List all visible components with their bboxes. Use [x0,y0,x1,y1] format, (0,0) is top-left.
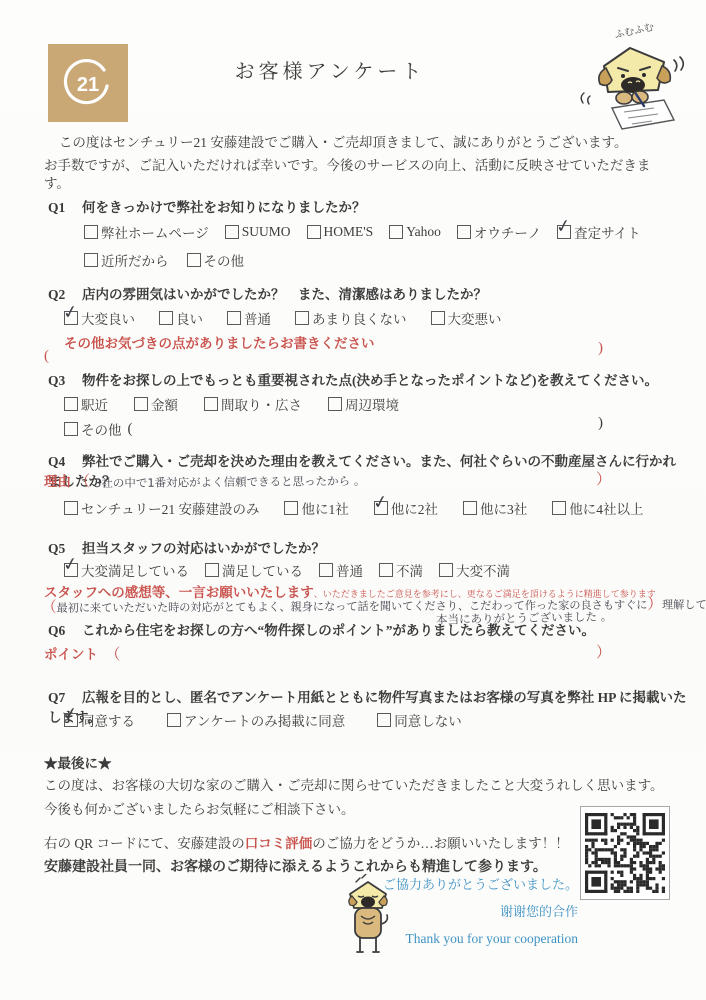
q2-options: 大変良い 良い 普通 あまり良くない 大変悪い [64,308,502,328]
q1-option-ouchino: オウチーノ [457,222,541,242]
q3-number: Q3 [48,373,82,389]
q1-text: 何をきっかけで弊社をお知りになりましたか？ [82,200,366,215]
q3-options: 駅近 金額 間取り・広さ 周辺環境 [64,394,399,414]
checkbox-icon [431,311,445,325]
checkbox-icon [204,397,218,411]
qr-request-line: 右の QR コードにて、安藤建設の口コミ評価のご協力をどうか…お願いいたします！… [44,832,569,852]
checkbox-icon [167,713,181,727]
closing-heading: ★最後に★ [44,752,112,772]
checkbox-icon [84,225,98,239]
checkbox-icon [552,501,566,515]
mascot-writing: ふむふむ [578,22,696,130]
qr-line-before: 右の QR コードにて、安藤建設の [44,836,245,851]
q5-option-unsatisfied: 不満 [379,560,423,580]
q4-option-3-other: 他に3社 [463,498,527,518]
checkbox-icon [64,397,78,411]
question-q2: Q2店内の雰囲気はいかがでしたか？ また、清潔感はありましたか？ [48,283,688,303]
qr-code [580,806,670,900]
q7-number: Q7 [48,690,82,706]
checkbox-icon [328,397,342,411]
q5-option-verysatisfied: 大変満足している [64,560,189,580]
q7-option-survey-only: アンケートのみ掲載に同意 [167,710,345,730]
q4-reason-label: 理由 [44,470,71,490]
q4-option-2-other: 他に2社 [374,498,438,518]
q6-number: Q6 [48,623,82,639]
closing-line-1: この度は、お客様の大切な家のご購入・ご売却に関らせていただきましたこと大変うれし… [44,777,674,795]
q5-option-satisfied: 満足している [205,560,303,580]
checkbox-icon [134,397,148,411]
qr-line-after: のご協力をどうか…お願いいたします！！ [312,836,569,851]
q7-option-agree: 同意する [64,710,135,730]
q4-reason-handwriting: 3社の中で1番対応がよく信頼できると思ったから 。 [94,473,365,491]
q2-option-verybad: 大変悪い [431,308,502,328]
checkbox-icon [307,225,321,239]
q4-option-1-other: 他に1社 [284,498,348,518]
q5-option-normal: 普通 [319,560,363,580]
q1-number: Q1 [48,200,82,216]
q6-text: これから住宅をお探しの方へ“物件探しのポイント”がありましたら教えてください。 [82,623,595,638]
intro-line-2: お手数ですが、ご記入いただければ幸いです。今後のサービスの向上、活動に反映させて… [44,157,674,193]
question-q1: Q1何をきっかけで弊社をお知りになりましたか？ [48,196,688,216]
q1-option-homes: HOME'S [307,224,374,240]
q5-text: 担当スタッフの対応はいかがでしたか？ [82,541,325,556]
q1-options-row2: 近所だから その他 [84,250,244,270]
q5-answer-handwriting-2: 理解してもらい、 [662,596,706,612]
q4-paren-close: ） [596,468,611,489]
checkbox-icon [227,311,241,325]
checkbox-icon [64,311,78,325]
q7-options: 同意する アンケートのみ掲載に同意 同意しない [64,710,462,730]
q5-paren-close: ） [647,593,662,614]
page-title: お客様アンケート [0,55,660,84]
mascot-writing-icon [578,34,696,130]
thanks-chinese: 谢谢您的合作 [278,899,578,926]
qr-code-icon [585,813,665,893]
q7-option-disagree: 同意しない [377,710,462,730]
q1-option-satei-site: 査定サイト [557,222,641,242]
checkbox-icon [557,225,571,239]
qr-line-highlight: 口コミ評価 [245,836,313,851]
checkbox-icon [295,311,309,325]
q4-number: Q4 [48,454,82,470]
q1-option-homepage: 弊社ホームページ [84,222,209,242]
q4-options: センチュリー21 安藤建設のみ 他に1社 他に2社 他に3社 他に4社以上 [64,498,643,518]
checkbox-icon [379,563,393,577]
q3-option-price: 金額 [134,394,178,414]
checkbox-icon [84,253,98,267]
q1-option-neighborhood: 近所だから [84,250,169,270]
question-q6: Q6これから住宅をお探しの方へ“物件探しのポイント”がありましたら教えてください… [48,619,688,639]
checkbox-icon [64,563,78,577]
q6-paren-open: （ [105,647,120,663]
checkbox-icon [457,225,471,239]
checkbox-icon [187,253,201,267]
checkbox-icon [377,713,391,727]
q3-paren-close: ) [598,415,603,432]
q6-paren-close: ） [596,641,611,662]
q1-options-row1: 弊社ホームページ SUUMO HOME'S Yahoo オウチーノ 査定サイト [84,222,641,242]
q5-options: 大変満足している 満足している 普通 不満 大変不満 [64,560,510,580]
thanks-block: ご協力ありがとうございました。 谢谢您的合作 Thank you for you… [278,872,578,953]
q3-text: 物件をお探しの上でもっとも重要視された点(決め手となったポイントなど)を教えてく… [82,373,658,388]
checkbox-icon [64,501,78,515]
q4-option-4plus-other: 他に4社以上 [552,498,643,518]
q4-paren-open: （ [75,470,90,491]
checkbox-icon [159,311,173,325]
q2-number: Q2 [48,287,82,303]
q3-option-environment: 周辺環境 [328,394,399,414]
intro-line-1: この度はセンチュリー21 安藤建設でご購入・ご売却頂きまして、誠にありがとうござ… [44,134,674,152]
q2-option-verygood: 大変良い [64,308,135,328]
survey-page: 21 お客様アンケート ふむふむ [0,0,706,1000]
q2-paren-open: ( [44,348,49,365]
q5-paren-open: （ [42,596,57,617]
thanks-japanese: ご協力ありがとうございました。 [278,872,578,899]
q6-point-label: ポイント [44,647,98,662]
q2-option-normal: 普通 [227,308,271,328]
question-q3: Q3物件をお探しの上でもっとも重要視された点(決め手となったポイントなど)を教え… [48,369,688,389]
q1-option-suumo: SUUMO [225,224,291,240]
q4-option-only-ando: センチュリー21 安藤建設のみ [64,498,259,518]
q3-other-row: その他 ( [64,419,133,439]
q3-paren-open: ( [128,421,133,438]
checkbox-icon [205,563,219,577]
checkbox-icon [389,225,403,239]
q2-paren-close: ) [598,340,603,357]
q6-point-row: ポイント （ [44,643,120,664]
checkbox-icon [463,501,477,515]
checkbox-icon [64,713,78,727]
checkbox-icon [374,501,388,515]
checkbox-icon [64,422,78,436]
q2-option-good: 良い [159,308,203,328]
checkbox-icon [439,563,453,577]
q3-option-layout: 間取り・広さ [204,394,302,414]
question-q5: Q5担当スタッフの対応はいかがでしたか？ [48,537,688,557]
checkbox-icon [319,563,333,577]
q2-text: 店内の雰囲気はいかがでしたか？ また、清潔感はありましたか？ [82,287,487,302]
q2-freeform-note: その他お気づきの点がありましたらお書きください [64,332,375,352]
q1-option-yahoo: Yahoo [389,224,441,240]
q3-option-other: その他 [64,419,122,439]
q2-option-notgood: あまり良くない [295,308,407,328]
checkbox-icon [225,225,239,239]
checkbox-icon [284,501,298,515]
q5-option-veryunsatisfied: 大変不満 [439,560,510,580]
thanks-english: Thank you for your cooperation [278,925,578,953]
q1-option-other: その他 [187,250,245,270]
q3-option-station: 駅近 [64,394,108,414]
